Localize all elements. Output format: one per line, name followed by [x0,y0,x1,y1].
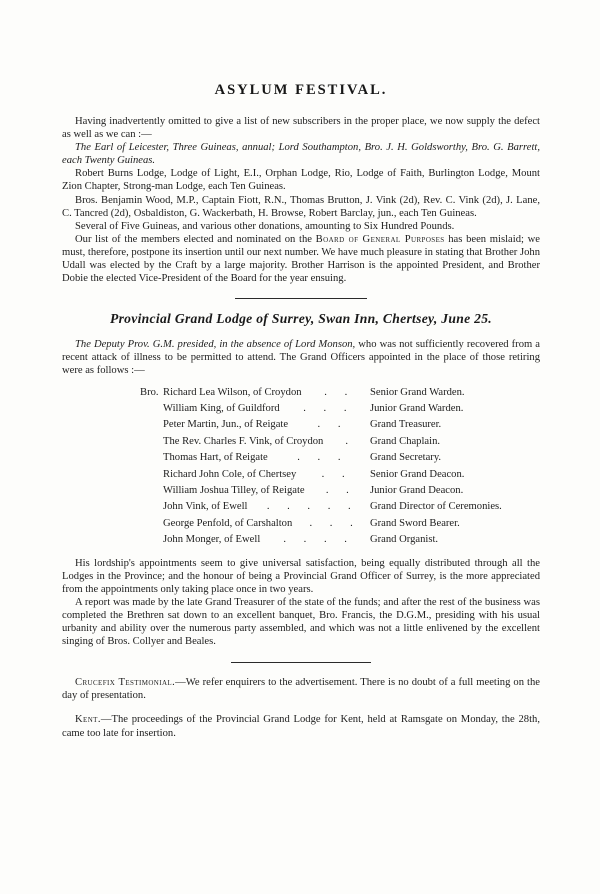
paragraph-board-election: Our list of the members elected and nomi… [62,233,540,285]
dot-leaders: . . [305,483,370,499]
officer-row: The Rev. Charles F. Vink, of Croydon . G… [140,434,540,450]
officer-name: Richard John Cole, of Chertsey [163,467,296,483]
officer-prefix: Bro. [140,385,163,401]
grand-officers-list: Bro. Richard Lea Wilson, of Croydon . . … [140,385,540,549]
officer-name: Richard Lea Wilson, of Croydon [163,385,302,401]
board-of-general-purposes-smallcaps: Board of General Purposes [316,234,445,245]
paragraph-treasurer-report: A report was made by the late Grand Trea… [62,596,540,648]
officer-row: Richard John Cole, of Chertsey . . Senio… [140,467,540,483]
officer-name: The Rev. Charles F. Vink, of Croydon [163,434,323,450]
deputy-presided-italic: The Deputy Prov. G.M. presided, in the a… [75,339,355,350]
crucefix-testimonial-lead: Crucefix Testimonial. [75,677,175,688]
officer-title: Grand Secretary. [370,450,540,466]
officer-row: Bro. Richard Lea Wilson, of Croydon . . … [140,385,540,401]
officer-name: William Joshua Tilley, of Reigate [163,483,305,499]
officer-name: George Penfold, of Carshalton [163,516,292,532]
paragraph-intro: Having inadvertently omitted to give a l… [62,115,540,141]
officer-name: John Monger, of Ewell [163,532,260,548]
kent-body: —The proceedings of the Provincial Grand… [62,714,540,738]
officer-title: Senior Grand Deacon. [370,467,540,483]
dot-leaders: . . . . . [248,499,370,515]
officer-name: William King, of Guildford [163,401,280,417]
dot-leaders: . . [302,385,370,401]
notice-crucefix-testimonial: Crucefix Testimonial.—We refer enquirers… [62,676,540,702]
officer-title: Junior Grand Warden. [370,401,540,417]
dot-leaders: . . [288,417,370,433]
officer-row: Thomas Hart, of Reigate . . . Grand Secr… [140,450,540,466]
officer-name: John Vink, of Ewell [163,499,248,515]
officer-title: Grand Treasurer. [370,417,540,433]
officer-title: Senior Grand Warden. [370,385,540,401]
notices-divider-rule [231,662,371,663]
section-heading-surrey-lodge: Provincial Grand Lodge of Surrey, Swan I… [62,311,540,327]
officer-title: Grand Director of Ceremonies. [370,499,540,515]
page-title: ASYLUM FESTIVAL. [62,82,540,99]
paragraph-donations-total: Several of Five Guineas, and various oth… [62,220,540,233]
dot-leaders: . . . [268,450,370,466]
section-divider-rule [235,298,367,299]
document-page: ASYLUM FESTIVAL. Having inadvertently om… [0,0,600,894]
officer-name: Thomas Hart, of Reigate [163,450,268,466]
board-election-text-start: Our list of the members elected and nomi… [75,234,316,245]
dot-leaders: . . [296,467,370,483]
paragraph-deputy-presided: The Deputy Prov. G.M. presided, in the a… [62,338,540,377]
officer-row: William King, of Guildford . . . Junior … [140,401,540,417]
officer-row: John Monger, of Ewell . . . . Grand Orga… [140,532,540,548]
dot-leaders: . . . . [260,532,370,548]
officer-title: Grand Sword Bearer. [370,516,540,532]
dot-leaders: . . . [280,401,370,417]
officer-name: Peter Martin, Jun., of Reigate [163,417,288,433]
paragraph-lodges-ten-guineas: Robert Burns Lodge, Lodge of Light, E.I.… [62,167,540,193]
dot-leaders: . [323,434,370,450]
officer-row: Peter Martin, Jun., of Reigate . . Grand… [140,417,540,433]
officer-title: Grand Chaplain. [370,434,540,450]
officer-row: George Penfold, of Carshalton . . . Gran… [140,516,540,532]
kent-lead: Kent. [75,714,101,725]
paragraph-subscribers-guineas: The Earl of Leicester, Three Guineas, an… [62,141,540,167]
officer-title: Grand Organist. [370,532,540,548]
officer-row: John Vink, of Ewell . . . . . Grand Dire… [140,499,540,515]
notice-kent: Kent.—The proceedings of the Provincial … [62,713,540,739]
paragraph-bros-ten-guineas: Bros. Benjamin Wood, M.P., Captain Fiott… [62,194,540,220]
officer-title: Junior Grand Deacon. [370,483,540,499]
officer-row: William Joshua Tilley, of Reigate . . Ju… [140,483,540,499]
paragraph-appointments-satisfaction: His lordship's appointments seem to give… [62,557,540,596]
dot-leaders: . . . [292,516,370,532]
